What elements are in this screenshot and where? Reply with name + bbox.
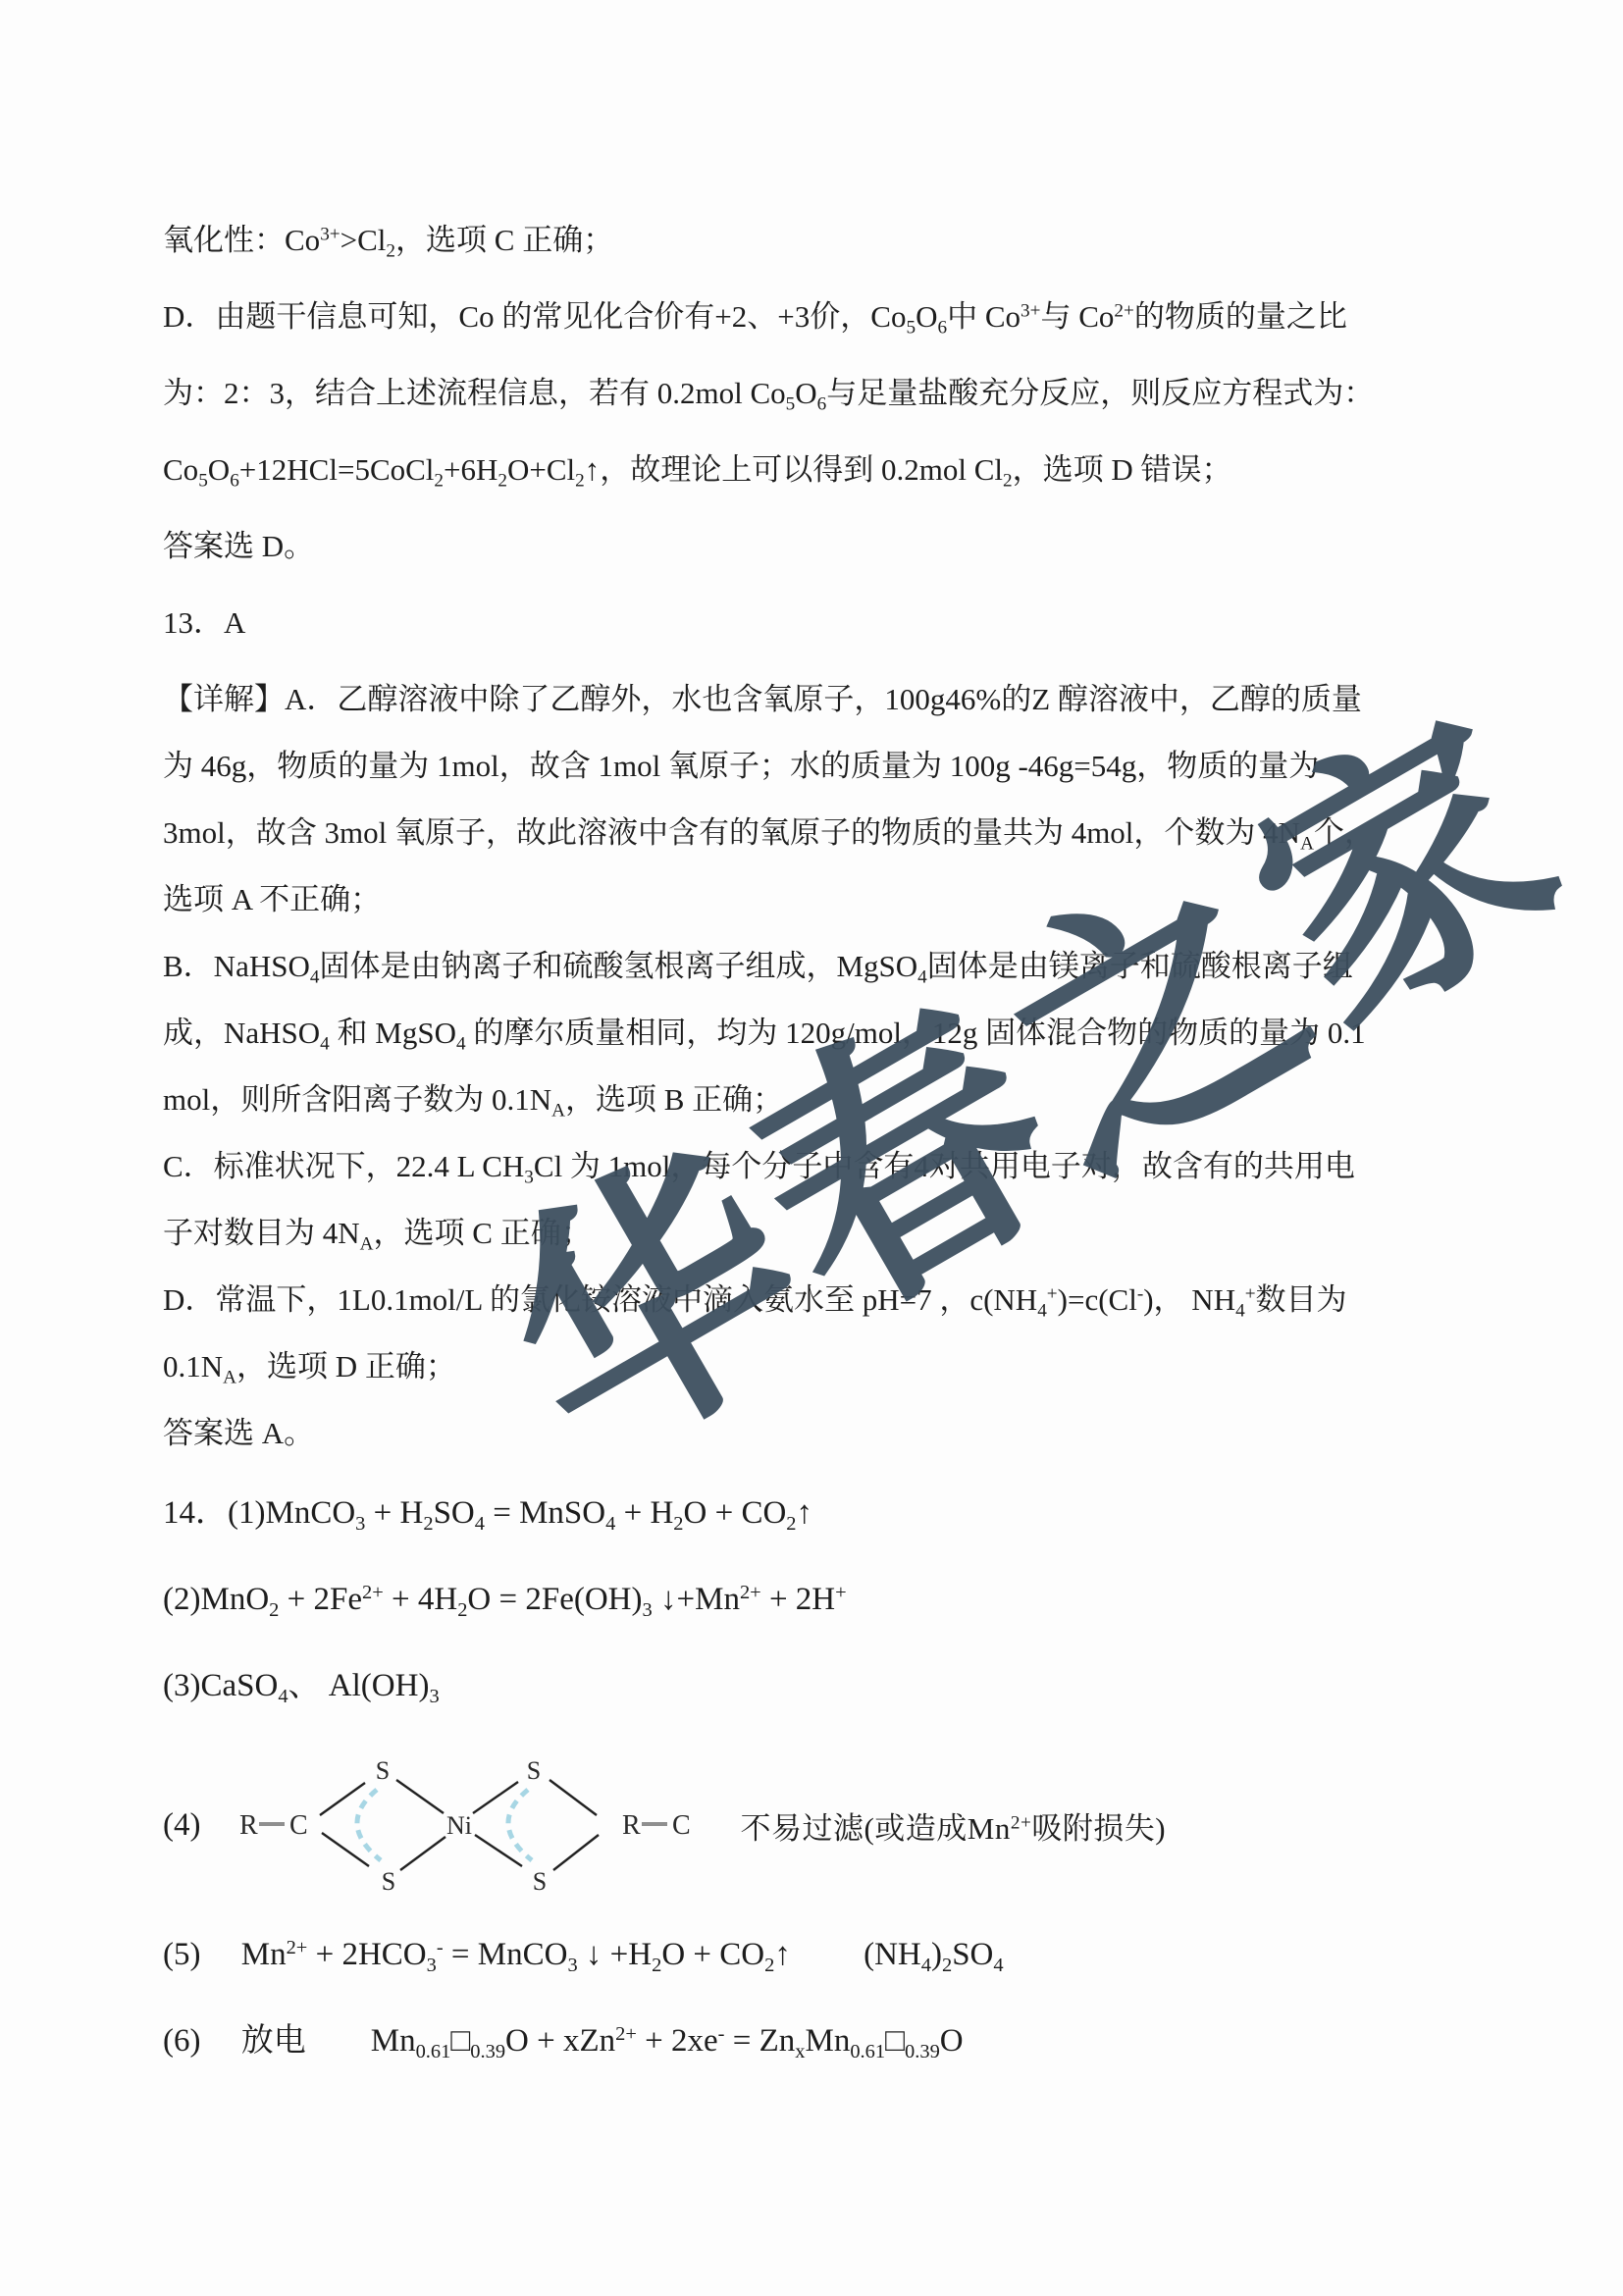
- item-number-4: (4): [163, 1807, 200, 1844]
- document-body: 氧化性：Co3+>Cl2，选项 C 正确；D．由题干信息可知，Co 的常见化合价…: [163, 218, 1486, 2066]
- line-13-c-2: 子对数目为 4NA，选项 C 正确；: [163, 1211, 1486, 1256]
- line-option-d-1: D．由题干信息可知，Co 的常见化合价有+2、+3价，Co5O6中 Co3+与 …: [163, 294, 1486, 339]
- s-bottom-right-label: S: [533, 1867, 547, 1896]
- line-14-3: (3)CaSO4、 Al(OH)3: [163, 1660, 1486, 1711]
- line-13-a-1: 【详解】A．乙醇溶液中除了乙醇外，水也含氧原子，100g46%的Z 醇溶液中，乙…: [163, 677, 1486, 722]
- line-answer-13: 答案选 A。: [163, 1411, 1486, 1456]
- s-top-right-label: S: [527, 1756, 541, 1785]
- line-option-c-conclusion: 氧化性：Co3+>Cl2，选项 C 正确；: [163, 218, 1486, 263]
- line-13-b-3: mol，则所含阳离子数为 0.1NA，选项 B 正确；: [163, 1077, 1486, 1122]
- nickel-dithiolate-structure: R C S S Ni S S: [234, 1747, 695, 1904]
- line-13-d-1: D．常温下，1L0.1mol/L 的氯化铵溶液中滴入氨水至 pH=7 ，c(NH…: [163, 1278, 1486, 1323]
- r-right-label: R: [622, 1810, 641, 1841]
- s-bottom-left-label: S: [382, 1867, 395, 1896]
- resonance-arc-right: [508, 1790, 532, 1860]
- line-13-a-2: 为 46g，物质的量为 1mol，故含 1mol 氧原子；水的质量为 100g …: [163, 744, 1486, 789]
- line-answer-12: 答案选 D。: [163, 524, 1486, 569]
- line-14-1: 14．(1)MnCO3 + H2SO4 = MnSO4 + H2O + CO2↑: [163, 1487, 1486, 1539]
- line-13-a-4: 选项 A 不正确；: [163, 877, 1486, 922]
- c-right-label: C: [672, 1810, 691, 1841]
- line-option-d-3: Co5O6+12HCl=5CoCl2+6H2O+Cl2↑，故理论上可以得到 0.…: [163, 447, 1486, 493]
- c-left-label: C: [289, 1810, 308, 1841]
- ni-label: Ni: [446, 1811, 472, 1840]
- document-page: 氧化性：Co3+>Cl2，选项 C 正确；D．由题干信息可知，Co 的常见化合价…: [0, 0, 1623, 2296]
- line-13-c-1: C．标准状况下，22.4 L CH3Cl 为 1mol，每个分子中含有4对共用电…: [163, 1144, 1486, 1189]
- line-14-2: (2)MnO2 + 2Fe2+ + 4H2O = 2Fe(OH)3 ↓+Mn2+…: [163, 1574, 1486, 1625]
- line-13-d-2: 0.1NA，选项 D 正确；: [163, 1344, 1486, 1389]
- structure-note: 不易过滤(或造成Mn2+吸附损失): [740, 1803, 1166, 1848]
- line-option-d-2: 为：2：3，结合上述流程信息，若有 0.2mol Co5O6与足量盐酸充分反应，…: [163, 371, 1486, 416]
- line-14-6: (6) 放电 Mn0.61□0.39O + xZn2+ + 2xe- = Znx…: [163, 2015, 1486, 2066]
- resonance-arc-left: [357, 1790, 381, 1860]
- structure-line: (4) R C S S: [163, 1747, 1486, 1904]
- r-left-label: R: [239, 1810, 258, 1841]
- right-ring-bonds: [473, 1780, 599, 1870]
- line-14-5: (5) Mn2+ + 2HCO3- = MnCO3 ↓ +H2O + CO2↑ …: [163, 1929, 1486, 1980]
- line-13-b-2: 成，NaHSO4 和 MgSO4 的摩尔质量相同，均为 120g/mol，12g…: [163, 1011, 1486, 1056]
- left-ring-bonds: [320, 1780, 445, 1870]
- line-q13-answer: 13．A: [163, 600, 1486, 646]
- line-13-b-1: B．NaHSO4固体是由钠离子和硫酸氢根离子组成，MgSO4固体是由镁离子和硫酸…: [163, 944, 1486, 989]
- s-top-left-label: S: [376, 1756, 390, 1785]
- line-13-a-3: 3mol，故含 3mol 氧原子，故此溶液中含有的氧原子的物质的量共为 4mol…: [163, 810, 1486, 856]
